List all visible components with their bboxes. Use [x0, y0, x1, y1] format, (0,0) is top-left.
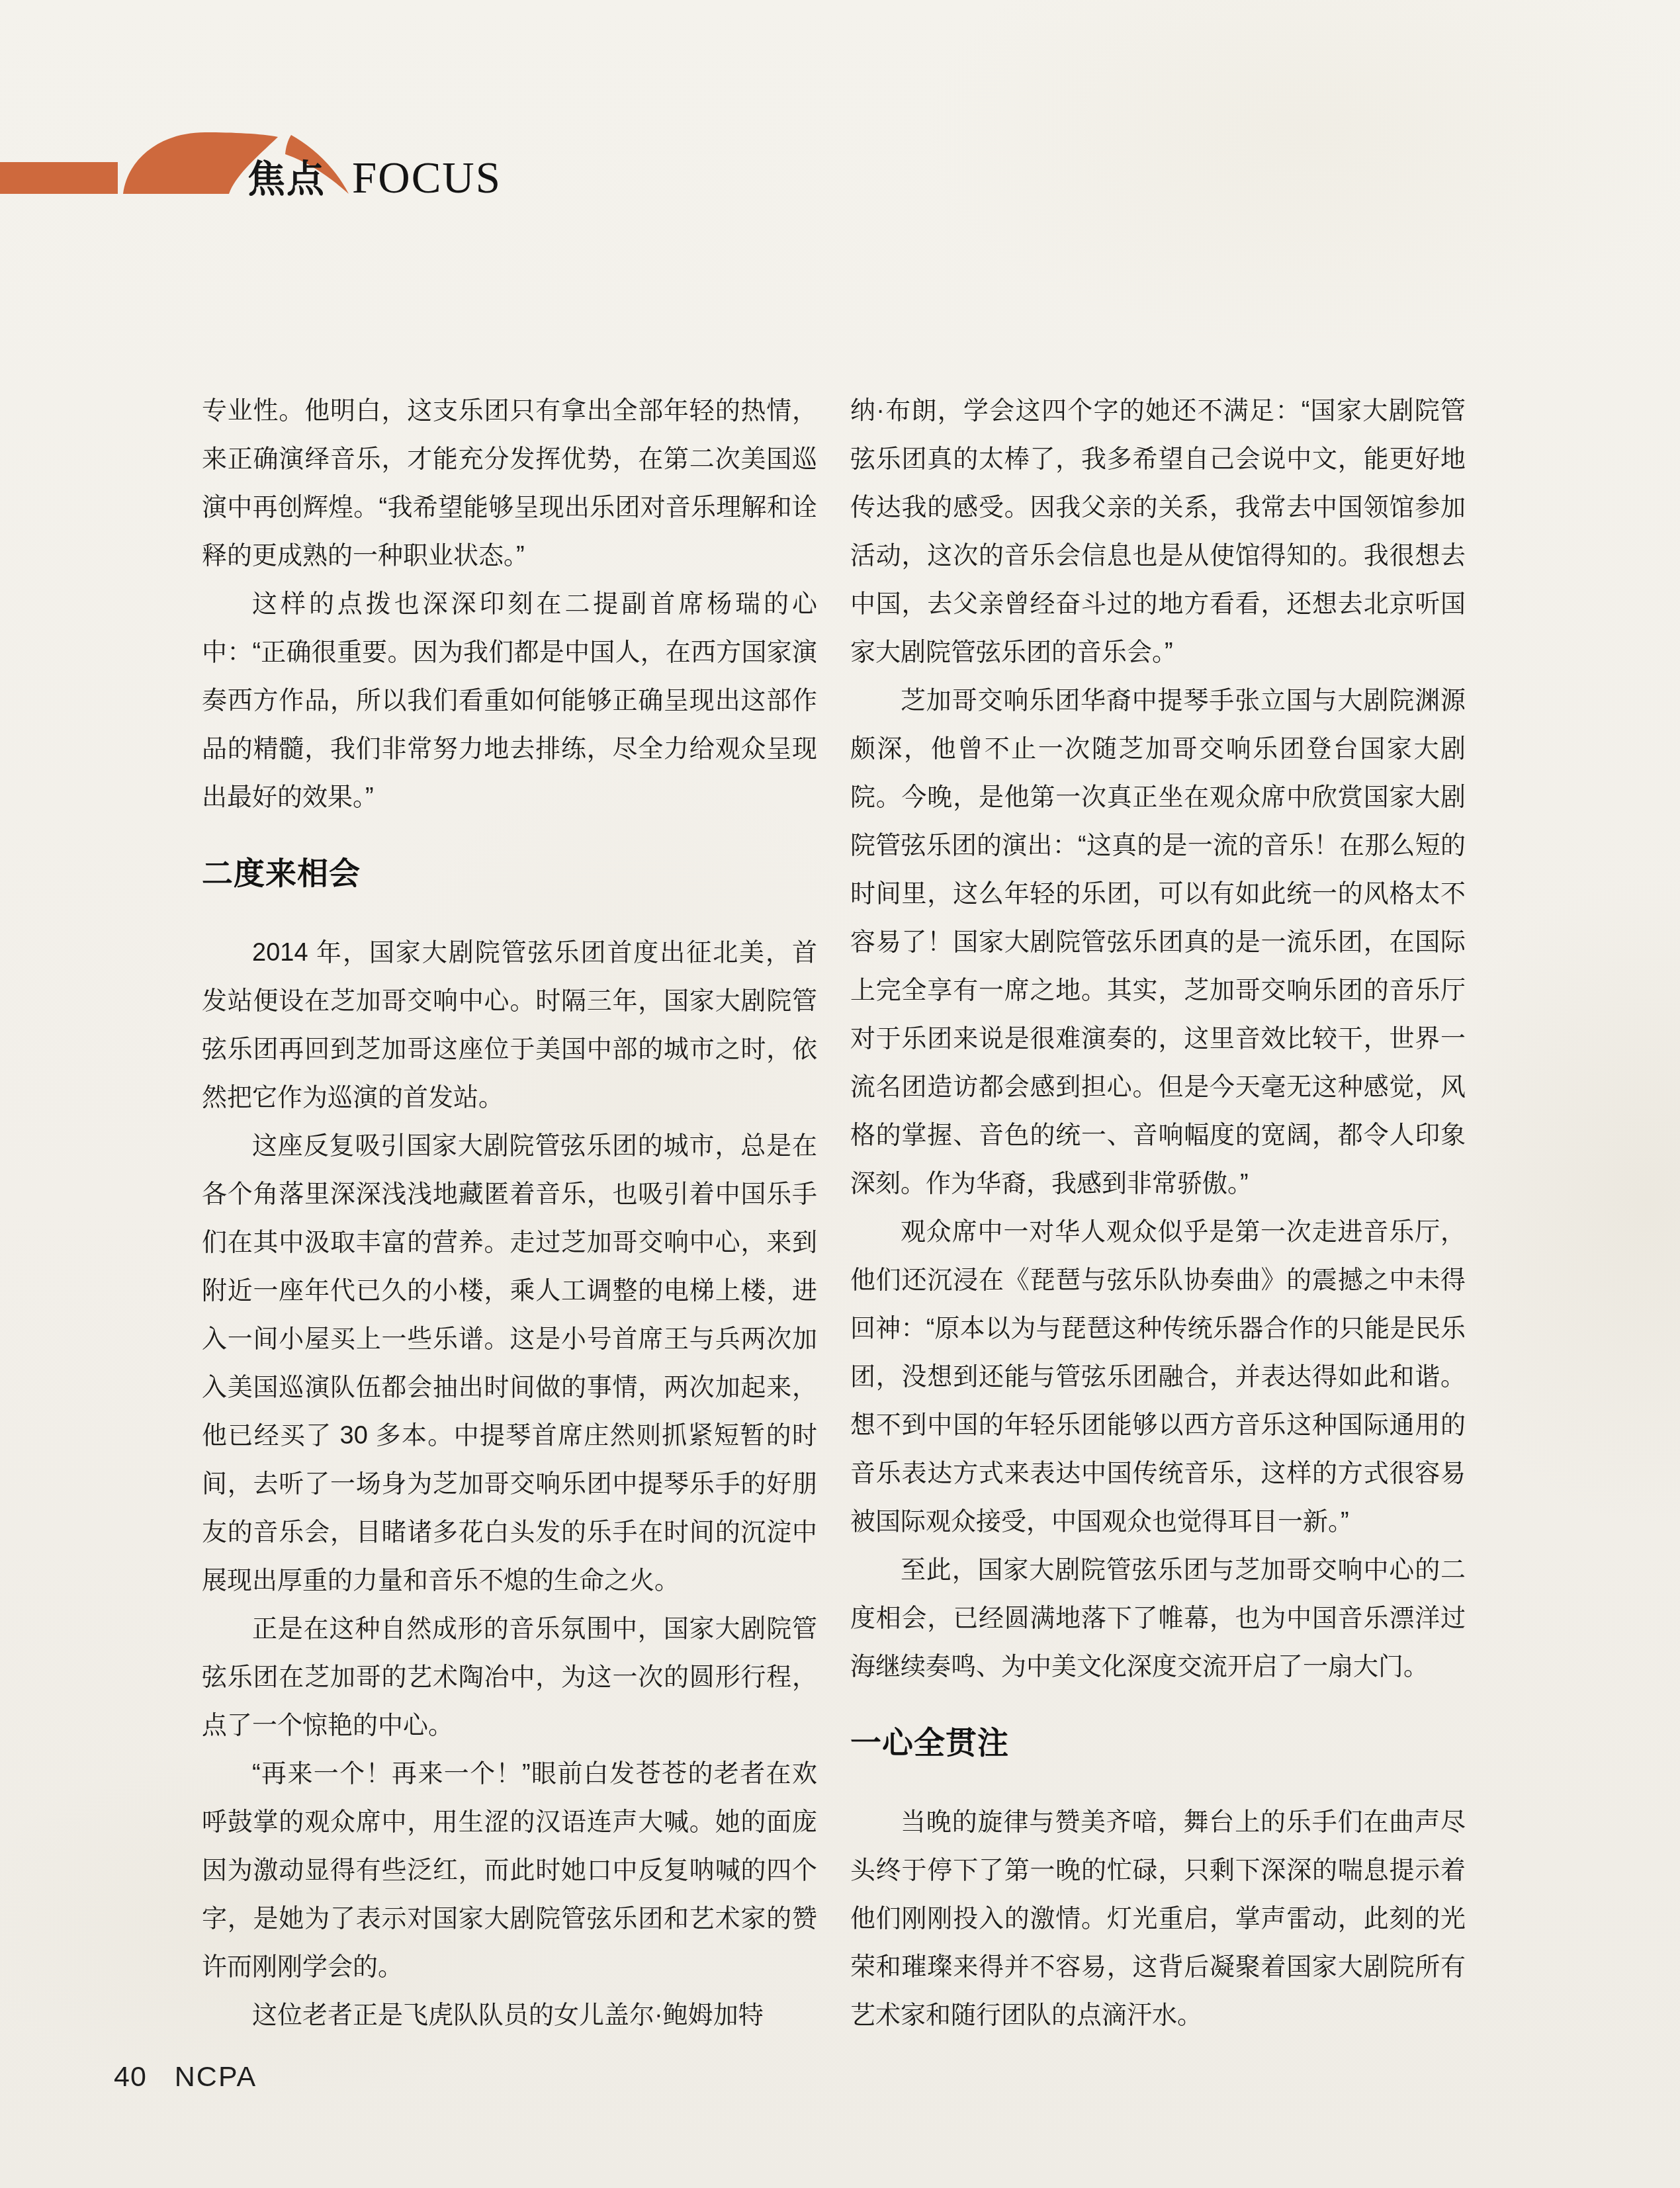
article-left-column: 专业性。他明白，这支乐团只有拿出全部年轻的热情，来正确演绎音乐，才能充分发挥优势… [202, 387, 817, 2040]
body-paragraph: 纳·布朗，学会这四个字的她还不满足：“国家大剧院管弦乐团真的太棒了，我多希望自己… [850, 387, 1466, 677]
section-title-en: FOCUS [352, 156, 502, 200]
body-paragraph: 至此，国家大剧院管弦乐团与芝加哥交响中心的二度相会，已经圆满地落下了帷幕，也为中… [850, 1546, 1466, 1691]
article-right-column: 纳·布朗，学会这四个字的她还不满足：“国家大剧院管弦乐团真的太棒了，我多希望自己… [850, 387, 1466, 2040]
body-paragraph: “再来一个！再来一个！”眼前白发苍苍的老者在欢呼鼓掌的观众席中，用生涩的汉语连声… [202, 1750, 817, 1991]
body-paragraph: 这样的点拨也深深印刻在二提副首席杨瑞的心中：“正确很重要。因为我们都是中国人，在… [202, 580, 817, 822]
magazine-name: NCPA [175, 2061, 257, 2093]
page-header: 焦点 FOCUS [0, 0, 1680, 238]
body-paragraph: 这位老者正是飞虎队队员的女儿盖尔·鲍姆加特 [202, 1991, 817, 2040]
body-paragraph: 当晚的旋律与赞美齐喑，舞台上的乐手们在曲声尽头终于停下了第一晚的忙碌，只剩下深深… [850, 1798, 1466, 2040]
body-paragraph: 观众席中一对华人观众似乎是第一次走进音乐厅，他们还沉浸在《琵琶与弦乐队协奏曲》的… [850, 1208, 1466, 1546]
section-heading: 一心全贯注 [850, 1726, 1466, 1760]
body-paragraph: 正是在这种自然成形的音乐氛围中，国家大剧院管弦乐团在芝加哥的艺术陶冶中，为这一次… [202, 1605, 817, 1750]
page-footer: 40 NCPA [114, 2063, 257, 2091]
magazine-page: 焦点 FOCUS 专业性。他明白，这支乐团只有拿出全部年轻的热情，来正确演绎音乐… [0, 0, 1680, 2188]
body-paragraph: 2014 年，国家大剧院管弦乐团首度出征北美，首发站便设在芝加哥交响中心。时隔三… [202, 929, 817, 1122]
header-bar-icon [0, 162, 118, 194]
section-heading: 二度来相会 [202, 856, 817, 891]
page-number: 40 [114, 2061, 147, 2093]
body-paragraph: 这座反复吸引国家大剧院管弦乐团的城市，总是在各个角落里深深浅浅地藏匿着音乐，也吸… [202, 1122, 817, 1605]
section-title-cn: 焦点 [247, 161, 326, 198]
body-paragraph: 芝加哥交响乐团华裔中提琴手张立国与大剧院渊源颇深，他曾不止一次随芝加哥交响乐团登… [850, 677, 1466, 1208]
body-paragraph: 专业性。他明白，这支乐团只有拿出全部年轻的热情，来正确演绎音乐，才能充分发挥优势… [202, 387, 817, 580]
